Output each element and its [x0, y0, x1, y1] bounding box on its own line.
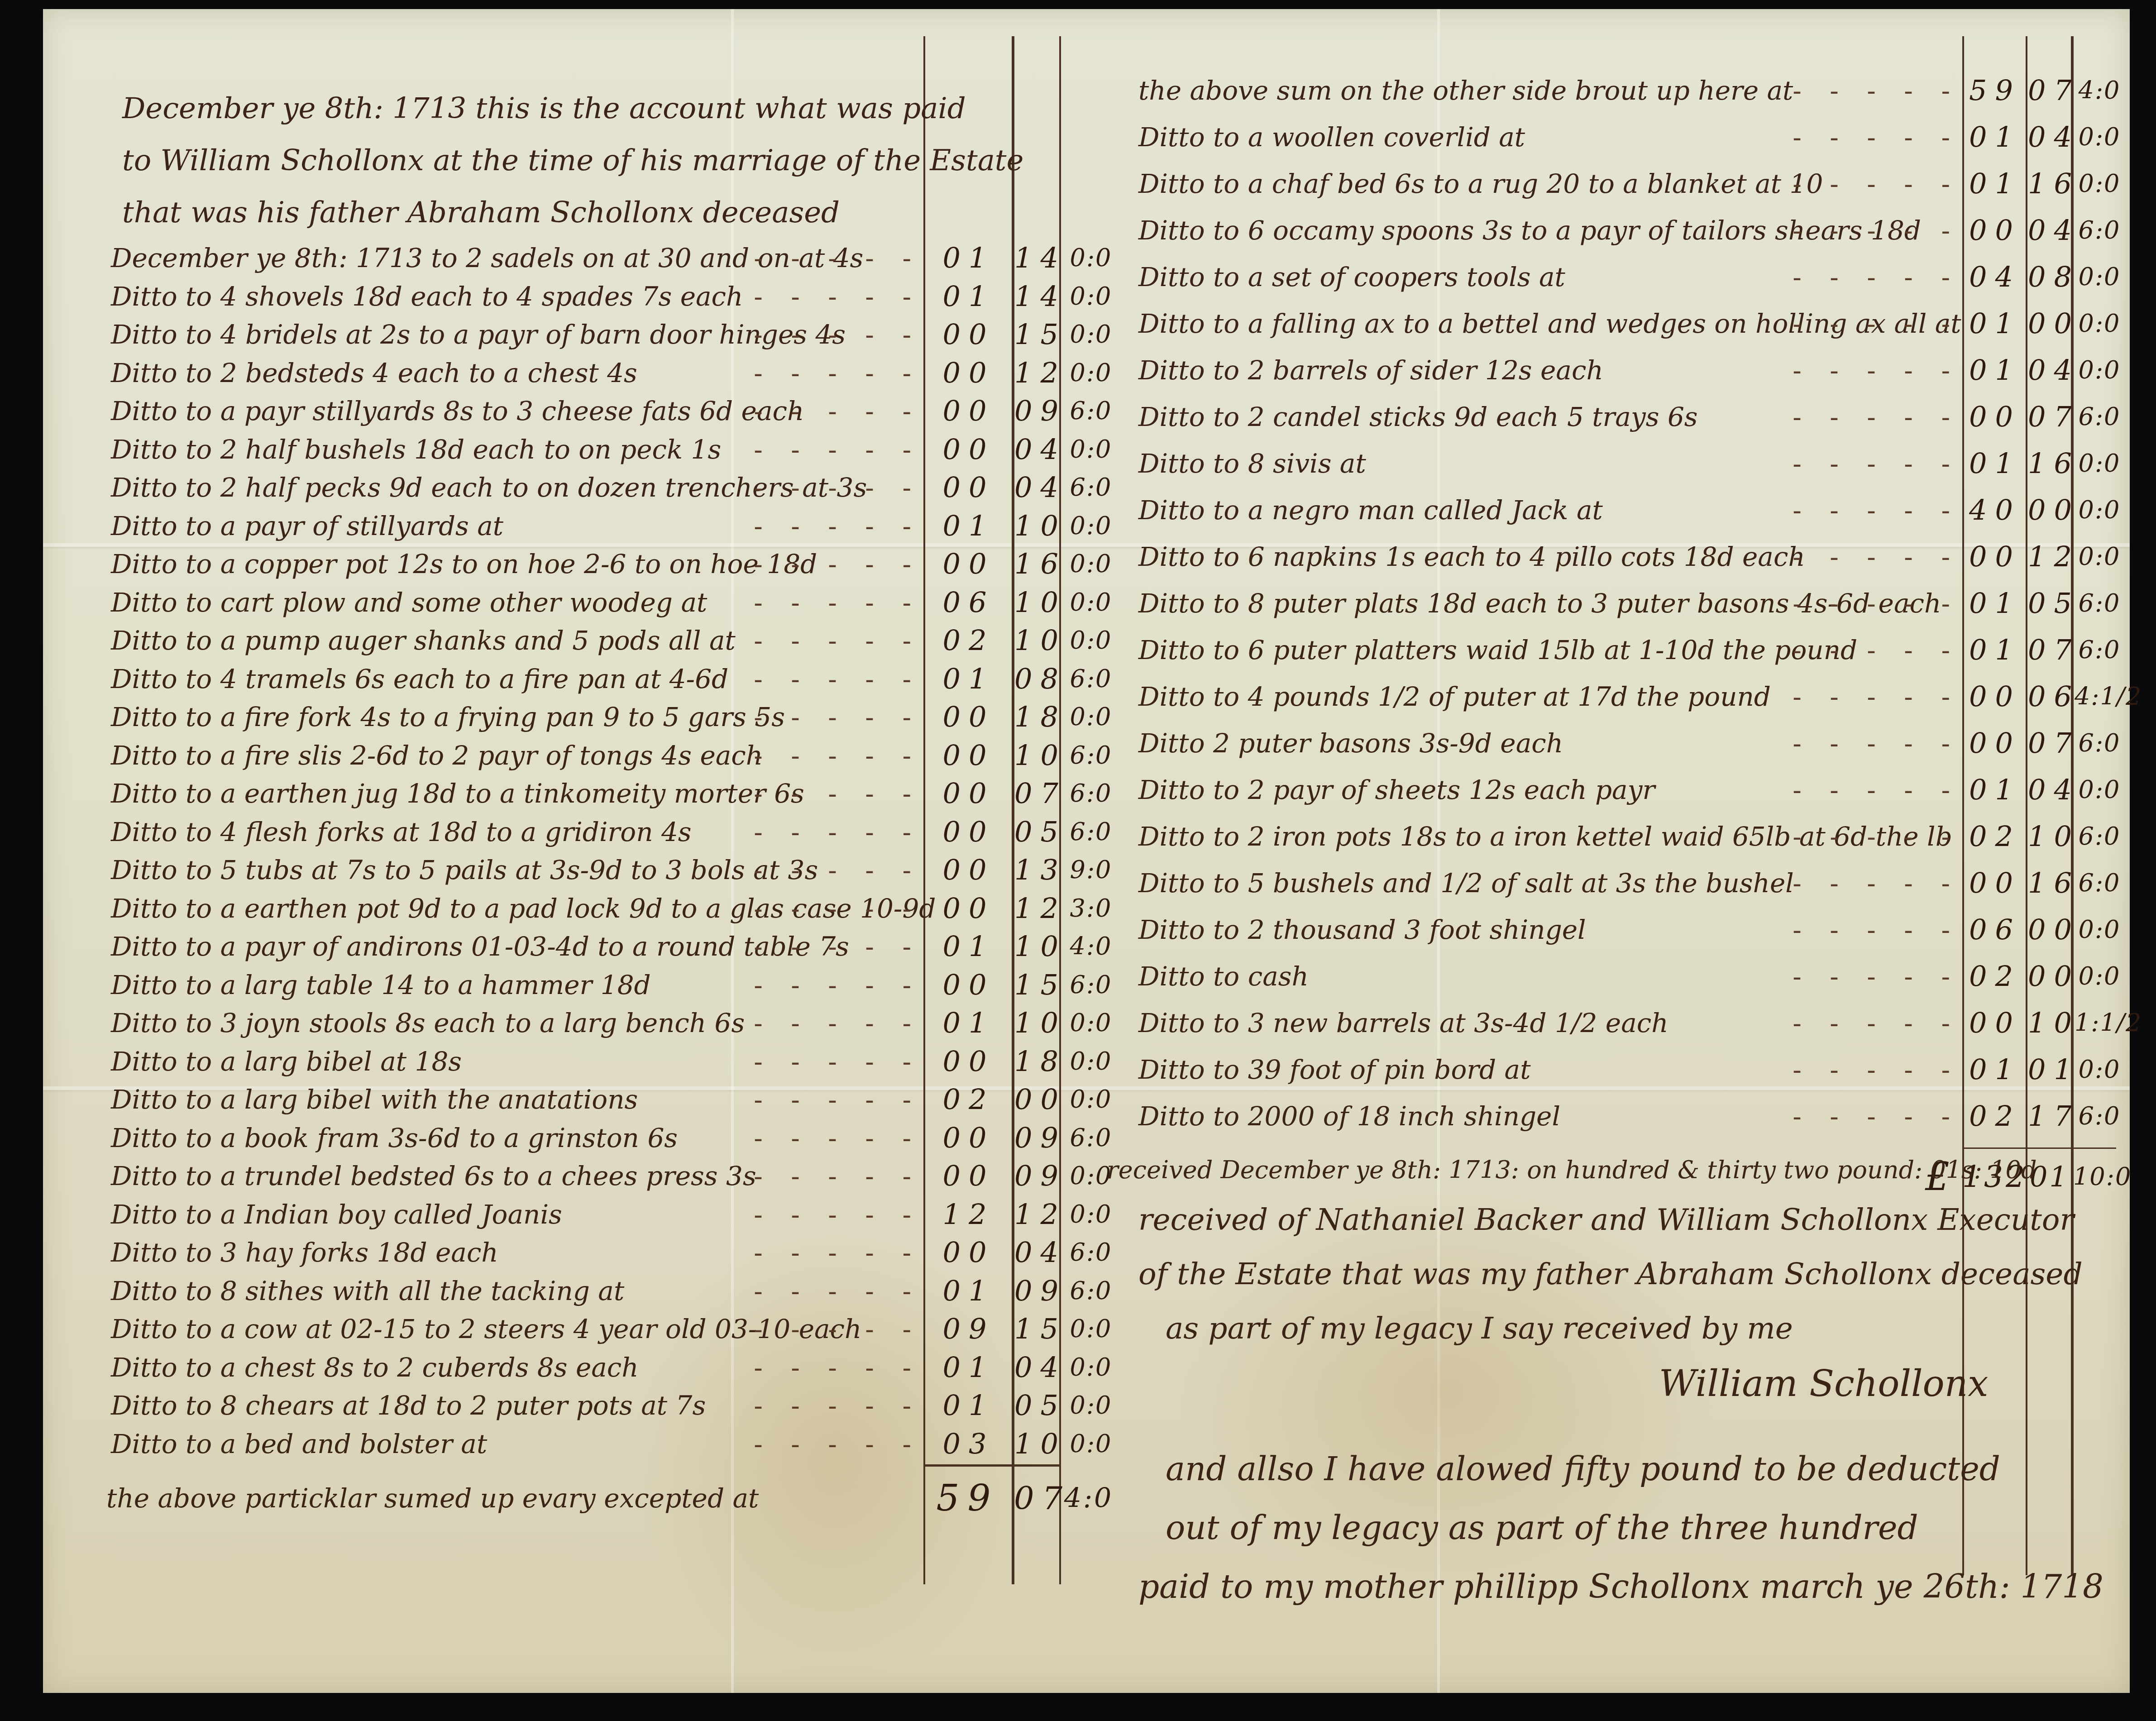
entry-shillings: 17: [2028, 1094, 2071, 1139]
entry-shillings: 06: [2028, 674, 2071, 719]
entry-pounds: 00: [1965, 721, 2026, 766]
table-row: Ditto to a woollen coverlid at‐ ‐ ‐ ‐ ‐: [1138, 115, 1965, 160]
table-row: Ditto to 2 payr of sheets 12s each payr‐…: [1138, 767, 1965, 813]
leader-dashes: ‐ ‐ ‐ ‐ ‐: [1793, 534, 1960, 579]
entry-pence: 0:0: [2075, 441, 2124, 486]
table-row: Ditto to 3 new barrels at 3s-4d 1/2 each…: [1138, 1000, 1965, 1046]
entry-description: Ditto to 3 new barrels at 3s-4d 1/2 each: [1138, 1000, 1668, 1046]
entry-pounds: 01: [1965, 441, 2026, 486]
entry-pounds: 03: [926, 1421, 1012, 1467]
table-row: Ditto to 2 barrels of sider 12s each‐ ‐ …: [1138, 348, 1965, 393]
entry-description: Ditto to 6 napkins 1s each to 4 pillo co…: [1138, 534, 1805, 579]
entry-description: Ditto to 2000 of 18 inch shingel: [1138, 1094, 1560, 1139]
entry-shillings: 04: [2028, 767, 2071, 813]
entry-shillings: 04: [2028, 115, 2071, 160]
leader-dashes: ‐ ‐ ‐ ‐ ‐: [1793, 254, 1960, 300]
postscript-line: out of my legacy as part of the three hu…: [1166, 1503, 1918, 1553]
receipt-line: as part of my legacy I say received by m…: [1166, 1304, 1793, 1353]
table-row: Ditto to a negro man called Jack at‐ ‐ ‐…: [1138, 488, 1965, 533]
leader-dashes: ‐ ‐ ‐ ‐ ‐: [1793, 1047, 1960, 1092]
entry-pence: 0:0: [2075, 161, 2124, 206]
heading-line: to William Schollonx at the time of his …: [122, 138, 1023, 183]
entry-pence: 0:0: [2075, 907, 2124, 952]
entry-description: Ditto to a chaf bed 6s to a rug 20 to a …: [1138, 161, 1823, 206]
table-row: Ditto to 5 bushels and 1/2 of salt at 3s…: [1138, 860, 1965, 906]
entry-pounds: 01: [1965, 161, 2026, 206]
entry-shillings: 16: [2028, 441, 2071, 486]
entry-pence: 0:0: [2075, 488, 2124, 533]
entry-pence: 4:1/2: [2075, 674, 2124, 719]
leader-dashes: ‐ ‐ ‐ ‐ ‐: [1793, 301, 1960, 346]
table-row: Ditto to 8 puter plats 18d each to 3 put…: [1138, 581, 1965, 626]
table-row: Ditto 2 puter basons 3s-9d each‐ ‐ ‐ ‐ ‐: [1138, 721, 1965, 766]
leader-dashes: ‐ ‐ ‐ ‐ ‐: [1793, 441, 1960, 486]
entry-shillings: 16: [2028, 860, 2071, 906]
entry-shillings: 00: [2028, 954, 2071, 999]
receipt-line: received of Nathaniel Backer and William…: [1138, 1195, 2074, 1245]
entry-pence: 6:0: [2075, 860, 2124, 906]
entry-shillings: 05: [2028, 581, 2071, 626]
entry-description: Ditto to 5 bushels and 1/2 of salt at 3s…: [1138, 860, 1794, 906]
leader-dashes: ‐ ‐ ‐ ‐ ‐: [1793, 627, 1960, 673]
entry-pounds: 59: [1965, 68, 2026, 113]
leader-dashes: ‐ ‐ ‐ ‐ ‐: [1793, 488, 1960, 533]
total-pence: 4:0: [1061, 1476, 1116, 1521]
entry-shillings: 08: [2028, 254, 2071, 300]
leader-dashes: ‐ ‐ ‐ ‐ ‐: [1793, 348, 1960, 393]
entry-shillings: 10: [2028, 814, 2071, 859]
entry-shillings: 01: [2028, 1047, 2071, 1092]
postscript-line: paid to my mother phillipp Schollonx mar…: [1138, 1562, 2103, 1611]
receipt-line: of the Estate that was my father Abraham…: [1138, 1249, 2083, 1299]
entry-description: Ditto 2 puter basons 3s-9d each: [1138, 721, 1563, 766]
entry-shillings: 00: [2028, 907, 2071, 952]
grand-total-pence: 10:0: [2073, 1154, 2123, 1200]
entry-pounds: 00: [1965, 860, 2026, 906]
entry-description: Ditto to 4 pounds 1/2 of puter at 17d th…: [1138, 674, 1771, 719]
table-row: Ditto to a bed and bolster at‐ ‐ ‐ ‐ ‐: [111, 1421, 926, 1467]
entry-pounds: 01: [1965, 627, 2026, 673]
entry-shillings: 16: [2028, 161, 2071, 206]
postscript-line: and allso I have alowed fifty pound to b…: [1166, 1444, 2000, 1494]
entry-pounds: 01: [1965, 1047, 2026, 1092]
entry-pounds: 02: [1965, 1094, 2026, 1139]
entry-pounds: 01: [1965, 767, 2026, 813]
total-shillings: 07: [1014, 1476, 1059, 1521]
entry-shillings: 12: [2028, 534, 2071, 579]
leader-dashes: ‐ ‐ ‐ ‐ ‐: [1793, 1000, 1960, 1046]
leader-dashes: ‐ ‐ ‐ ‐ ‐: [1793, 814, 1960, 859]
leader-dashes: ‐ ‐ ‐ ‐ ‐: [1793, 1094, 1960, 1139]
entry-description: Ditto to 2 payr of sheets 12s each payr: [1138, 767, 1655, 813]
entry-description: Ditto to a woollen coverlid at: [1138, 115, 1525, 160]
entry-description: Ditto to 2 thousand 3 foot shingel: [1138, 907, 1586, 952]
leader-dashes: ‐ ‐ ‐ ‐ ‐: [754, 1421, 921, 1467]
leader-dashes: ‐ ‐ ‐ ‐ ‐: [1793, 208, 1960, 253]
entry-pounds: 01: [1965, 348, 2026, 393]
table-row: Ditto to 8 sivis at‐ ‐ ‐ ‐ ‐: [1138, 441, 1965, 486]
entry-pounds: 02: [1965, 814, 2026, 859]
total-pounds: 59: [926, 1476, 1009, 1521]
entry-pence: 0:0: [2075, 954, 2124, 999]
entry-pounds: 00: [1965, 394, 2026, 440]
signature: William Schollonx: [1659, 1362, 1988, 1405]
table-row: Ditto to 6 napkins 1s each to 4 pillo co…: [1138, 534, 1965, 579]
table-row: Ditto to 39 foot of pin bord at‐ ‐ ‐ ‐ ‐: [1138, 1047, 1965, 1092]
entry-description: Ditto to a bed and bolster at: [111, 1421, 487, 1467]
entry-shillings: 10: [1014, 1421, 1060, 1467]
entry-shillings: 00: [2028, 488, 2071, 533]
table-row: Ditto to 2 iron pots 18s to a iron kette…: [1138, 814, 1965, 859]
table-row: Ditto to a falling ax to a bettel and we…: [1138, 301, 1965, 346]
leader-dashes: ‐ ‐ ‐ ‐ ‐: [1793, 860, 1960, 906]
entry-pounds: 00: [1965, 208, 2026, 253]
entry-shillings: 07: [2028, 627, 2071, 673]
leader-dashes: ‐ ‐ ‐ ‐ ‐: [1793, 767, 1960, 813]
entry-description: Ditto to 2 candel sticks 9d each 5 trays…: [1138, 394, 1698, 440]
entry-pence: 6:0: [2075, 721, 2124, 766]
leader-dashes: ‐ ‐ ‐ ‐ ‐: [1793, 581, 1960, 626]
entry-shillings: 04: [2028, 208, 2071, 253]
entry-pence: 6:0: [2075, 814, 2124, 859]
table-row: Ditto to 2000 of 18 inch shingel‐ ‐ ‐ ‐ …: [1138, 1094, 1965, 1139]
entry-pounds: 00: [1965, 534, 2026, 579]
entry-description: Ditto to 8 sivis at: [1138, 441, 1366, 486]
leader-dashes: ‐ ‐ ‐ ‐ ‐: [1793, 68, 1960, 113]
entry-pounds: 01: [1965, 301, 2026, 346]
entry-shillings: 07: [2028, 394, 2071, 440]
table-row: Ditto to 2 thousand 3 foot shingel‐ ‐ ‐ …: [1138, 907, 1965, 952]
table-row: Ditto to 2 candel sticks 9d each 5 trays…: [1138, 394, 1965, 440]
entry-pounds: 02: [1965, 954, 2026, 999]
receipt-line: received December ye 8th: 1713: on hundr…: [1107, 1145, 2036, 1195]
entry-pounds: 04: [1965, 254, 2026, 300]
entry-description: Ditto to 2 barrels of sider 12s each: [1138, 348, 1603, 393]
entry-pounds: 01: [1965, 581, 2026, 626]
table-row: Ditto to a chaf bed 6s to a rug 20 to a …: [1138, 161, 1965, 206]
entry-pounds: 40: [1965, 488, 2026, 533]
entry-pence: 0:0: [2075, 348, 2124, 393]
entry-pence: 6:0: [2075, 1094, 2124, 1139]
entry-pence: 0:0: [2075, 301, 2124, 346]
leader-dashes: ‐ ‐ ‐ ‐ ‐: [1793, 674, 1960, 719]
leader-dashes: ‐ ‐ ‐ ‐ ‐: [1793, 907, 1960, 952]
leader-dashes: ‐ ‐ ‐ ‐ ‐: [1793, 394, 1960, 440]
leader-dashes: ‐ ‐ ‐ ‐ ‐: [1793, 161, 1960, 206]
entry-pounds: 06: [1965, 907, 2026, 952]
entry-shillings: 07: [2028, 68, 2071, 113]
entry-pounds: 00: [1965, 1000, 2026, 1046]
entry-pence: 0:0: [2075, 534, 2124, 579]
leader-dashes: ‐ ‐ ‐ ‐ ‐: [1793, 721, 1960, 766]
entry-description: Ditto to a set of coopers tools at: [1138, 254, 1565, 300]
ledger-paper: December ye 8th: 1713 this is the accoun…: [43, 9, 2130, 1693]
entry-pounds: 00: [1965, 674, 2026, 719]
table-row: the above sum on the other side brout up…: [1138, 68, 1965, 113]
entry-shillings: 00: [2028, 301, 2071, 346]
heading-line: December ye 8th: 1713 this is the accoun…: [122, 86, 966, 131]
heading-line: that was his father Abraham Schollonx de…: [122, 190, 840, 235]
left-total-row: the above particklar sumed up evary exce…: [106, 1476, 921, 1521]
entry-pence: 4:0: [2075, 68, 2124, 113]
leader-dashes: ‐ ‐ ‐ ‐ ‐: [1793, 115, 1960, 160]
entry-pence: 0:0: [1061, 1421, 1120, 1467]
entry-shillings: 10: [2028, 1000, 2071, 1046]
entry-pence: 6:0: [2075, 627, 2124, 673]
entry-shillings: 07: [2028, 721, 2071, 766]
entry-pence: 0:0: [2075, 254, 2124, 300]
table-row: Ditto to 6 puter platters waid 15lb at 1…: [1138, 627, 1965, 673]
entry-description: Ditto to 6 puter platters waid 15lb at 1…: [1138, 627, 1857, 673]
entry-pence: 1:1/2: [2075, 1000, 2124, 1046]
table-row: Ditto to 4 pounds 1/2 of puter at 17d th…: [1138, 674, 1965, 719]
table-row: Ditto to cash‐ ‐ ‐ ‐ ‐: [1138, 954, 1965, 999]
entry-description: Ditto to a negro man called Jack at: [1138, 488, 1603, 533]
table-row: Ditto to 6 occamy spoons 3s to a payr of…: [1138, 208, 1965, 253]
entry-description: Ditto to cash: [1138, 954, 1309, 999]
entry-pence: 6:0: [2075, 581, 2124, 626]
entry-pence: 0:0: [2075, 1047, 2124, 1092]
entry-pence: 6:0: [2075, 394, 2124, 440]
total-description: the above particklar sumed up evary exce…: [106, 1476, 759, 1521]
entry-pence: 6:0: [2075, 208, 2124, 253]
entry-pence: 0:0: [2075, 767, 2124, 813]
entry-description: Ditto to 39 foot of pin bord at: [1138, 1047, 1531, 1092]
table-row: Ditto to a set of coopers tools at‐ ‐ ‐ …: [1138, 254, 1965, 300]
entry-shillings: 04: [2028, 348, 2071, 393]
entry-pounds: 01: [1965, 115, 2026, 160]
entry-description: the above sum on the other side brout up…: [1138, 68, 1793, 113]
column-rule-shillings: [2026, 36, 2027, 1575]
leader-dashes: ‐ ‐ ‐ ‐ ‐: [1793, 954, 1960, 999]
entry-pence: 0:0: [2075, 115, 2124, 160]
